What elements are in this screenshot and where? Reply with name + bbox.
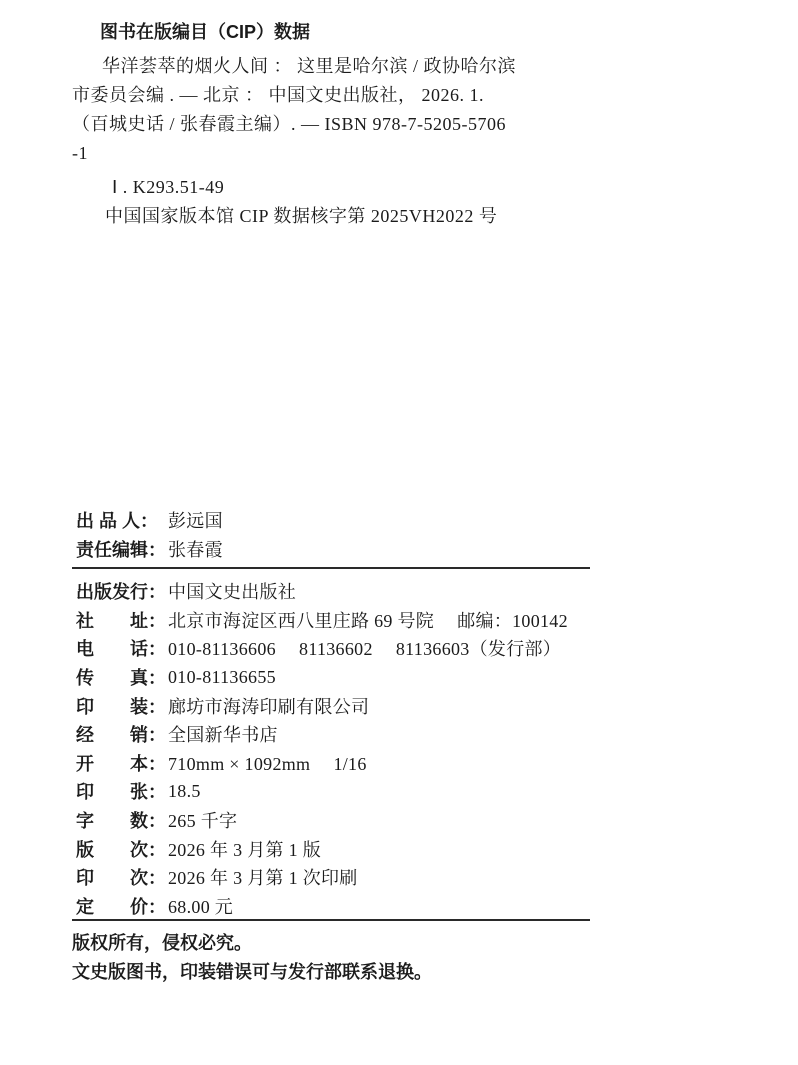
edition-value: 2026 年 3 月第 1 版: [168, 836, 321, 862]
printing-value: 2026 年 3 月第 1 次印刷: [168, 864, 358, 890]
wordcount-value: 265 千字: [168, 807, 237, 833]
address-label: 社 址：: [76, 607, 168, 633]
copyright-notice: 版权所有，侵权必究。: [72, 929, 692, 958]
divider-top: [72, 567, 590, 569]
info-row-distributor: 经 销： 全国新华书店: [76, 720, 716, 749]
cip-line-2: 市委员会编 . — 北京 ： 中国文史出版社， 2026. 1.: [72, 81, 632, 110]
printing-label: 印 次：: [76, 864, 168, 890]
info-row-printer: 印 装： 廊坊市海涛印刷有限公司: [76, 691, 716, 720]
publisher-value: 中国文史出版社: [168, 578, 296, 604]
info-row-producer: 出 品 人： 彭远国: [76, 505, 636, 534]
sheets-value: 18.5: [168, 781, 201, 802]
returns-notice: 文史版图书，印装错误可与发行部联系退换。: [72, 958, 692, 987]
cip-line-1: 华洋荟萃的烟火人间 ： 这里是哈尔滨 / 政协哈尔滨: [72, 52, 632, 81]
printer-label: 印 装：: [76, 693, 168, 719]
divider-bottom: [72, 919, 590, 921]
cip-line-3: （百城史话 / 张春霞主编）. — ISBN 978-7-5205-5706: [72, 110, 632, 139]
publication-info-section: 出版发行： 中国文史出版社 社 址： 北京市海淀区西八里庄路 69 号院 邮编：…: [76, 577, 716, 920]
info-row-wordcount: 字 数： 265 千字: [76, 806, 716, 835]
phone-label: 电 话：: [76, 635, 168, 661]
cip-line-4: -1: [72, 139, 632, 168]
cip-record-number: 中国国家版本馆 CIP 数据核字第 2025VH2022 号: [72, 202, 632, 231]
info-row-editor: 责任编辑： 张春霞: [76, 534, 636, 563]
info-row-price: 定 价： 68.00 元: [76, 892, 716, 921]
format-value: 710mm × 1092mm 1/16: [168, 750, 367, 776]
printer-value: 廊坊市海涛印刷有限公司: [168, 693, 369, 719]
info-row-format: 开 本： 710mm × 1092mm 1/16: [76, 749, 716, 778]
copyright-notices: 版权所有，侵权必究。 文史版图书，印装错误可与发行部联系退换。: [72, 929, 692, 986]
address-value: 北京市海淀区西八里庄路 69 号院 邮编：100142: [168, 607, 568, 633]
info-row-fax: 传 真： 010-81136655: [76, 663, 716, 692]
sheets-label: 印 张：: [76, 778, 168, 804]
publisher-label: 出版发行：: [76, 578, 168, 604]
info-row-publisher: 出版发行： 中国文史出版社: [76, 577, 716, 606]
fax-label: 传 真：: [76, 664, 168, 690]
producer-label: 出 品 人：: [76, 507, 168, 533]
editor-label: 责任编辑：: [76, 536, 168, 562]
editor-value: 张春霞: [168, 536, 223, 562]
phone-value: 010-81136606 81136602 81136603（发行部）: [168, 635, 561, 661]
fax-value: 010-81136655: [168, 667, 276, 688]
format-label: 开 本：: [76, 750, 168, 776]
cip-heading: 图书在版编目（CIP）数据: [100, 20, 632, 44]
info-row-sheets: 印 张： 18.5: [76, 777, 716, 806]
distributor-value: 全国新华书店: [168, 721, 278, 747]
info-row-printing: 印 次： 2026 年 3 月第 1 次印刷: [76, 863, 716, 892]
info-row-phone: 电 话： 010-81136606 81136602 81136603（发行部）: [76, 634, 716, 663]
info-row-address: 社 址： 北京市海淀区西八里庄路 69 号院 邮编：100142: [76, 606, 716, 635]
distributor-label: 经 销：: [76, 721, 168, 747]
copyright-page: 图书在版编目（CIP）数据 华洋荟萃的烟火人间 ： 这里是哈尔滨 / 政协哈尔滨…: [0, 0, 798, 1065]
wordcount-label: 字 数：: [76, 807, 168, 833]
producer-value: 彭远国: [168, 507, 223, 533]
info-row-edition: 版 次： 2026 年 3 月第 1 版: [76, 834, 716, 863]
cip-section: 图书在版编目（CIP）数据 华洋荟萃的烟火人间 ： 这里是哈尔滨 / 政协哈尔滨…: [72, 20, 632, 231]
credits-section: 出 品 人： 彭远国 责任编辑： 张春霞: [76, 505, 636, 563]
price-label: 定 价：: [76, 893, 168, 919]
edition-label: 版 次：: [76, 836, 168, 862]
cip-class-number: Ⅰ . K293.51-49: [72, 173, 632, 202]
price-value: 68.00 元: [168, 893, 233, 919]
